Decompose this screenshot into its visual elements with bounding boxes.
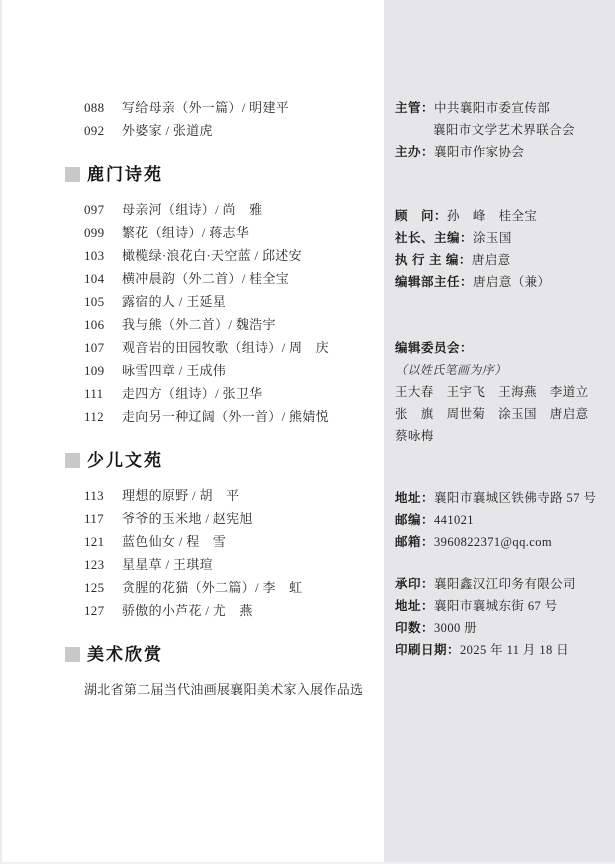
toc-entry-title: 露宿的人 / 王延星 — [122, 294, 226, 309]
toc-entry-page-number: 121 — [84, 534, 122, 550]
toc-entry-title: 繁花（组诗）/ 蒋志华 — [122, 225, 249, 240]
masthead-label: 顾 问： — [395, 209, 447, 223]
magazine-toc-page: 088写给母亲（外一篇）/ 明建平092外婆家 / 张道虎鹿门诗苑097母亲河（… — [0, 0, 615, 864]
masthead-line: 地址：襄阳市襄城东街 67 号 — [395, 598, 609, 614]
toc-entry-page-number: 123 — [84, 557, 122, 573]
toc-entry-title: 贪腥的花猫（外二篇）/ 李 虹 — [122, 580, 302, 595]
toc-entry-page-number: 111 — [84, 386, 122, 402]
masthead-value: 襄阳市文学艺术界联合会 — [433, 123, 575, 137]
section-header: 鹿门诗苑 — [65, 165, 374, 186]
toc-entry-page-number: 117 — [84, 511, 122, 527]
masthead-label: 邮编： — [395, 513, 434, 527]
toc-entry: 111走四方（组诗）/ 张卫华 — [84, 386, 374, 402]
toc-entry: 097母亲河（组诗）/ 尚 雅 — [84, 202, 374, 218]
masthead-line: 主管：中共襄阳市委宣传部 — [395, 100, 609, 116]
masthead-group: 地址：襄阳市襄城区铁佛寺路 57 号邮编：441021邮箱：3960822371… — [395, 490, 609, 550]
toc-entry-page-number: 105 — [84, 294, 122, 310]
masthead-line: 张 旗 周世菊 涂玉国 唐启意 — [395, 406, 609, 422]
toc-entry-title: 外婆家 / 张道虎 — [122, 123, 213, 138]
masthead-value: 3000 册 — [434, 621, 477, 635]
masthead-label: 印数： — [395, 621, 434, 635]
masthead-line: 邮编：441021 — [395, 512, 609, 528]
toc-entry-title: 橄榄绿·浪花白·天空蓝 / 邱述安 — [122, 248, 302, 263]
masthead-label: 地址： — [395, 599, 434, 613]
toc-entry: 121蓝色仙女 / 程 雪 — [84, 534, 374, 550]
toc-entry-page-number: 097 — [84, 202, 122, 218]
masthead-group: 承印：襄阳鑫汉江印务有限公司地址：襄阳市襄城东街 67 号印数：3000 册印刷… — [395, 576, 609, 658]
toc-entry: 117爷爷的玉米地 / 赵宪旭 — [84, 511, 374, 527]
toc-entry: 125贪腥的花猫（外二篇）/ 李 虹 — [84, 580, 374, 596]
toc-entry-title: 骄傲的小芦花 / 尤 燕 — [122, 603, 253, 618]
masthead-value: 唐启意 — [472, 253, 511, 267]
masthead-value: 涂玉国 — [473, 231, 512, 245]
toc-entry-page-number: 088 — [84, 100, 122, 116]
masthead-label: 主办： — [395, 145, 434, 159]
toc-entry: 103橄榄绿·浪花白·天空蓝 / 邱述安 — [84, 248, 374, 264]
toc-entry-title: 咏雪四章 / 王成伟 — [122, 363, 226, 378]
toc-entry-title: 我与熊（外二首）/ 魏浩宇 — [122, 317, 276, 332]
masthead-value: 襄阳鑫汉江印务有限公司 — [434, 577, 576, 591]
masthead-line: 邮箱：3960822371@qq.com — [395, 534, 609, 550]
masthead-label: 执 行 主 编： — [395, 253, 472, 267]
masthead-line: 蔡咏梅 — [395, 428, 609, 444]
masthead-line: 编辑部主任：唐启意（兼） — [395, 274, 609, 290]
toc-entry-title: 横冲晨韵（外二首）/ 桂全宝 — [122, 271, 289, 286]
masthead-label: 印刷日期： — [395, 643, 460, 657]
masthead-value: 2025 年 11 月 18 日 — [460, 643, 569, 657]
masthead-value: 王大春 王宇飞 王海燕 李道立 — [395, 385, 589, 399]
toc-entry-page-number: 107 — [84, 340, 122, 356]
toc-entry: 092外婆家 / 张道虎 — [84, 123, 374, 139]
toc-entry: 107观音岩的田园牧歌（组诗）/ 周 庆 — [84, 340, 374, 356]
masthead-group: 主管：中共襄阳市委宣传部襄阳市文学艺术界联合会主办：襄阳市作家协会 — [395, 100, 609, 160]
masthead-value: 张 旗 周世菊 涂玉国 唐启意 — [395, 407, 589, 421]
toc-entry: 088写给母亲（外一篇）/ 明建平 — [84, 100, 374, 116]
masthead-line: 执 行 主 编：唐启意 — [395, 252, 609, 268]
masthead-value: 唐启意（兼） — [473, 275, 550, 289]
toc-column: 088写给母亲（外一篇）/ 明建平092外婆家 / 张道虎鹿门诗苑097母亲河（… — [2, 0, 384, 862]
toc-entry-title: 走向另一种辽阔（外一首）/ 熊婧悦 — [122, 409, 329, 424]
section-title: 美术欣赏 — [87, 645, 163, 664]
masthead-label: 编辑委员会： — [395, 341, 473, 355]
masthead-label: 编辑部主任： — [395, 275, 473, 289]
toc-entry-page-number: 112 — [84, 409, 122, 425]
masthead-panel: 主管：中共襄阳市委宣传部襄阳市文学艺术界联合会主办：襄阳市作家协会顾 问：孙 峰… — [384, 0, 615, 862]
masthead-value: 蔡咏梅 — [395, 429, 434, 443]
masthead-line: 主办：襄阳市作家协会 — [395, 144, 609, 160]
section-note: 湖北省第二届当代油画展襄阳美术家入展作品选 — [84, 682, 374, 698]
masthead-value: 中共襄阳市委宣传部 — [434, 101, 550, 115]
masthead-group: 顾 问：孙 峰 桂全宝社长、主编：涂玉国执 行 主 编：唐启意编辑部主任：唐启意… — [395, 208, 609, 290]
masthead-line: 襄阳市文学艺术界联合会 — [395, 122, 609, 138]
toc-entry-page-number: 106 — [84, 317, 122, 333]
toc-entry: 112走向另一种辽阔（外一首）/ 熊婧悦 — [84, 409, 374, 425]
toc-entry-title: 母亲河（组诗）/ 尚 雅 — [122, 202, 262, 217]
masthead-label: 社长、主编： — [395, 231, 473, 245]
toc-entry-title: 走四方（组诗）/ 张卫华 — [122, 386, 262, 401]
toc-entry: 105露宿的人 / 王延星 — [84, 294, 374, 310]
toc-entry: 099繁花（组诗）/ 蒋志华 — [84, 225, 374, 241]
toc-entry-page-number: 113 — [84, 488, 122, 504]
toc-entry-title: 爷爷的玉米地 / 赵宪旭 — [122, 511, 253, 526]
toc-entry-title: 观音岩的田园牧歌（组诗）/ 周 庆 — [122, 340, 329, 355]
toc-entry: 113理想的原野 / 胡 平 — [84, 488, 374, 504]
section-header: 美术欣赏 — [65, 645, 374, 666]
masthead-value: 孙 峰 桂全宝 — [447, 209, 537, 223]
toc-entry-title: 写给母亲（外一篇）/ 明建平 — [122, 100, 289, 115]
masthead-line: 王大春 王宇飞 王海燕 李道立 — [395, 384, 609, 400]
masthead-label: 邮箱： — [395, 535, 434, 549]
toc-entry: 106我与熊（外二首）/ 魏浩宇 — [84, 317, 374, 333]
toc-entry-page-number: 127 — [84, 603, 122, 619]
toc-entry-page-number: 099 — [84, 225, 122, 241]
toc-entry: 123星星草 / 王琪瑄 — [84, 557, 374, 573]
toc-entry: 104横冲晨韵（外二首）/ 桂全宝 — [84, 271, 374, 287]
masthead-line: （以姓氏笔画为序） — [395, 362, 609, 378]
toc-entry-page-number: 092 — [84, 123, 122, 139]
masthead-label: 承印： — [395, 577, 434, 591]
section-title: 鹿门诗苑 — [87, 165, 163, 184]
toc-entry-title: 理想的原野 / 胡 平 — [122, 488, 239, 503]
toc-entry: 127骄傲的小芦花 / 尤 燕 — [84, 603, 374, 619]
masthead-line: 印数：3000 册 — [395, 620, 609, 636]
masthead-line: 社长、主编：涂玉国 — [395, 230, 609, 246]
section-marker-icon — [65, 647, 80, 662]
toc-entry: 109咏雪四章 / 王成伟 — [84, 363, 374, 379]
masthead-value: 襄阳市襄城区铁佛寺路 57 号 — [434, 491, 596, 505]
section-marker-icon — [65, 453, 80, 468]
section-header: 少儿文苑 — [65, 451, 374, 472]
section-title: 少儿文苑 — [87, 451, 163, 470]
toc-entry-page-number: 109 — [84, 363, 122, 379]
toc-entry-page-number: 125 — [84, 580, 122, 596]
toc-entry-page-number: 104 — [84, 271, 122, 287]
masthead-line: 地址：襄阳市襄城区铁佛寺路 57 号 — [395, 490, 609, 506]
masthead-value: （以姓氏笔画为序） — [395, 363, 507, 377]
masthead-label: 地址： — [395, 491, 434, 505]
masthead-value: 3960822371@qq.com — [434, 535, 552, 549]
toc-entry-page-number: 103 — [84, 248, 122, 264]
masthead-label: 主管： — [395, 101, 434, 115]
toc-entry-title: 蓝色仙女 / 程 雪 — [122, 534, 226, 549]
masthead-line: 编辑委员会： — [395, 340, 609, 356]
masthead-value: 襄阳市作家协会 — [434, 145, 524, 159]
section-marker-icon — [65, 167, 80, 182]
masthead-value: 襄阳市襄城东街 67 号 — [434, 599, 558, 613]
masthead-group: 编辑委员会：（以姓氏笔画为序）王大春 王宇飞 王海燕 李道立张 旗 周世菊 涂玉… — [395, 340, 609, 444]
masthead-line: 承印：襄阳鑫汉江印务有限公司 — [395, 576, 609, 592]
masthead-line: 顾 问：孙 峰 桂全宝 — [395, 208, 609, 224]
masthead-line: 印刷日期：2025 年 11 月 18 日 — [395, 642, 609, 658]
masthead-value: 441021 — [434, 513, 474, 527]
toc-entry-title: 星星草 / 王琪瑄 — [122, 557, 213, 572]
